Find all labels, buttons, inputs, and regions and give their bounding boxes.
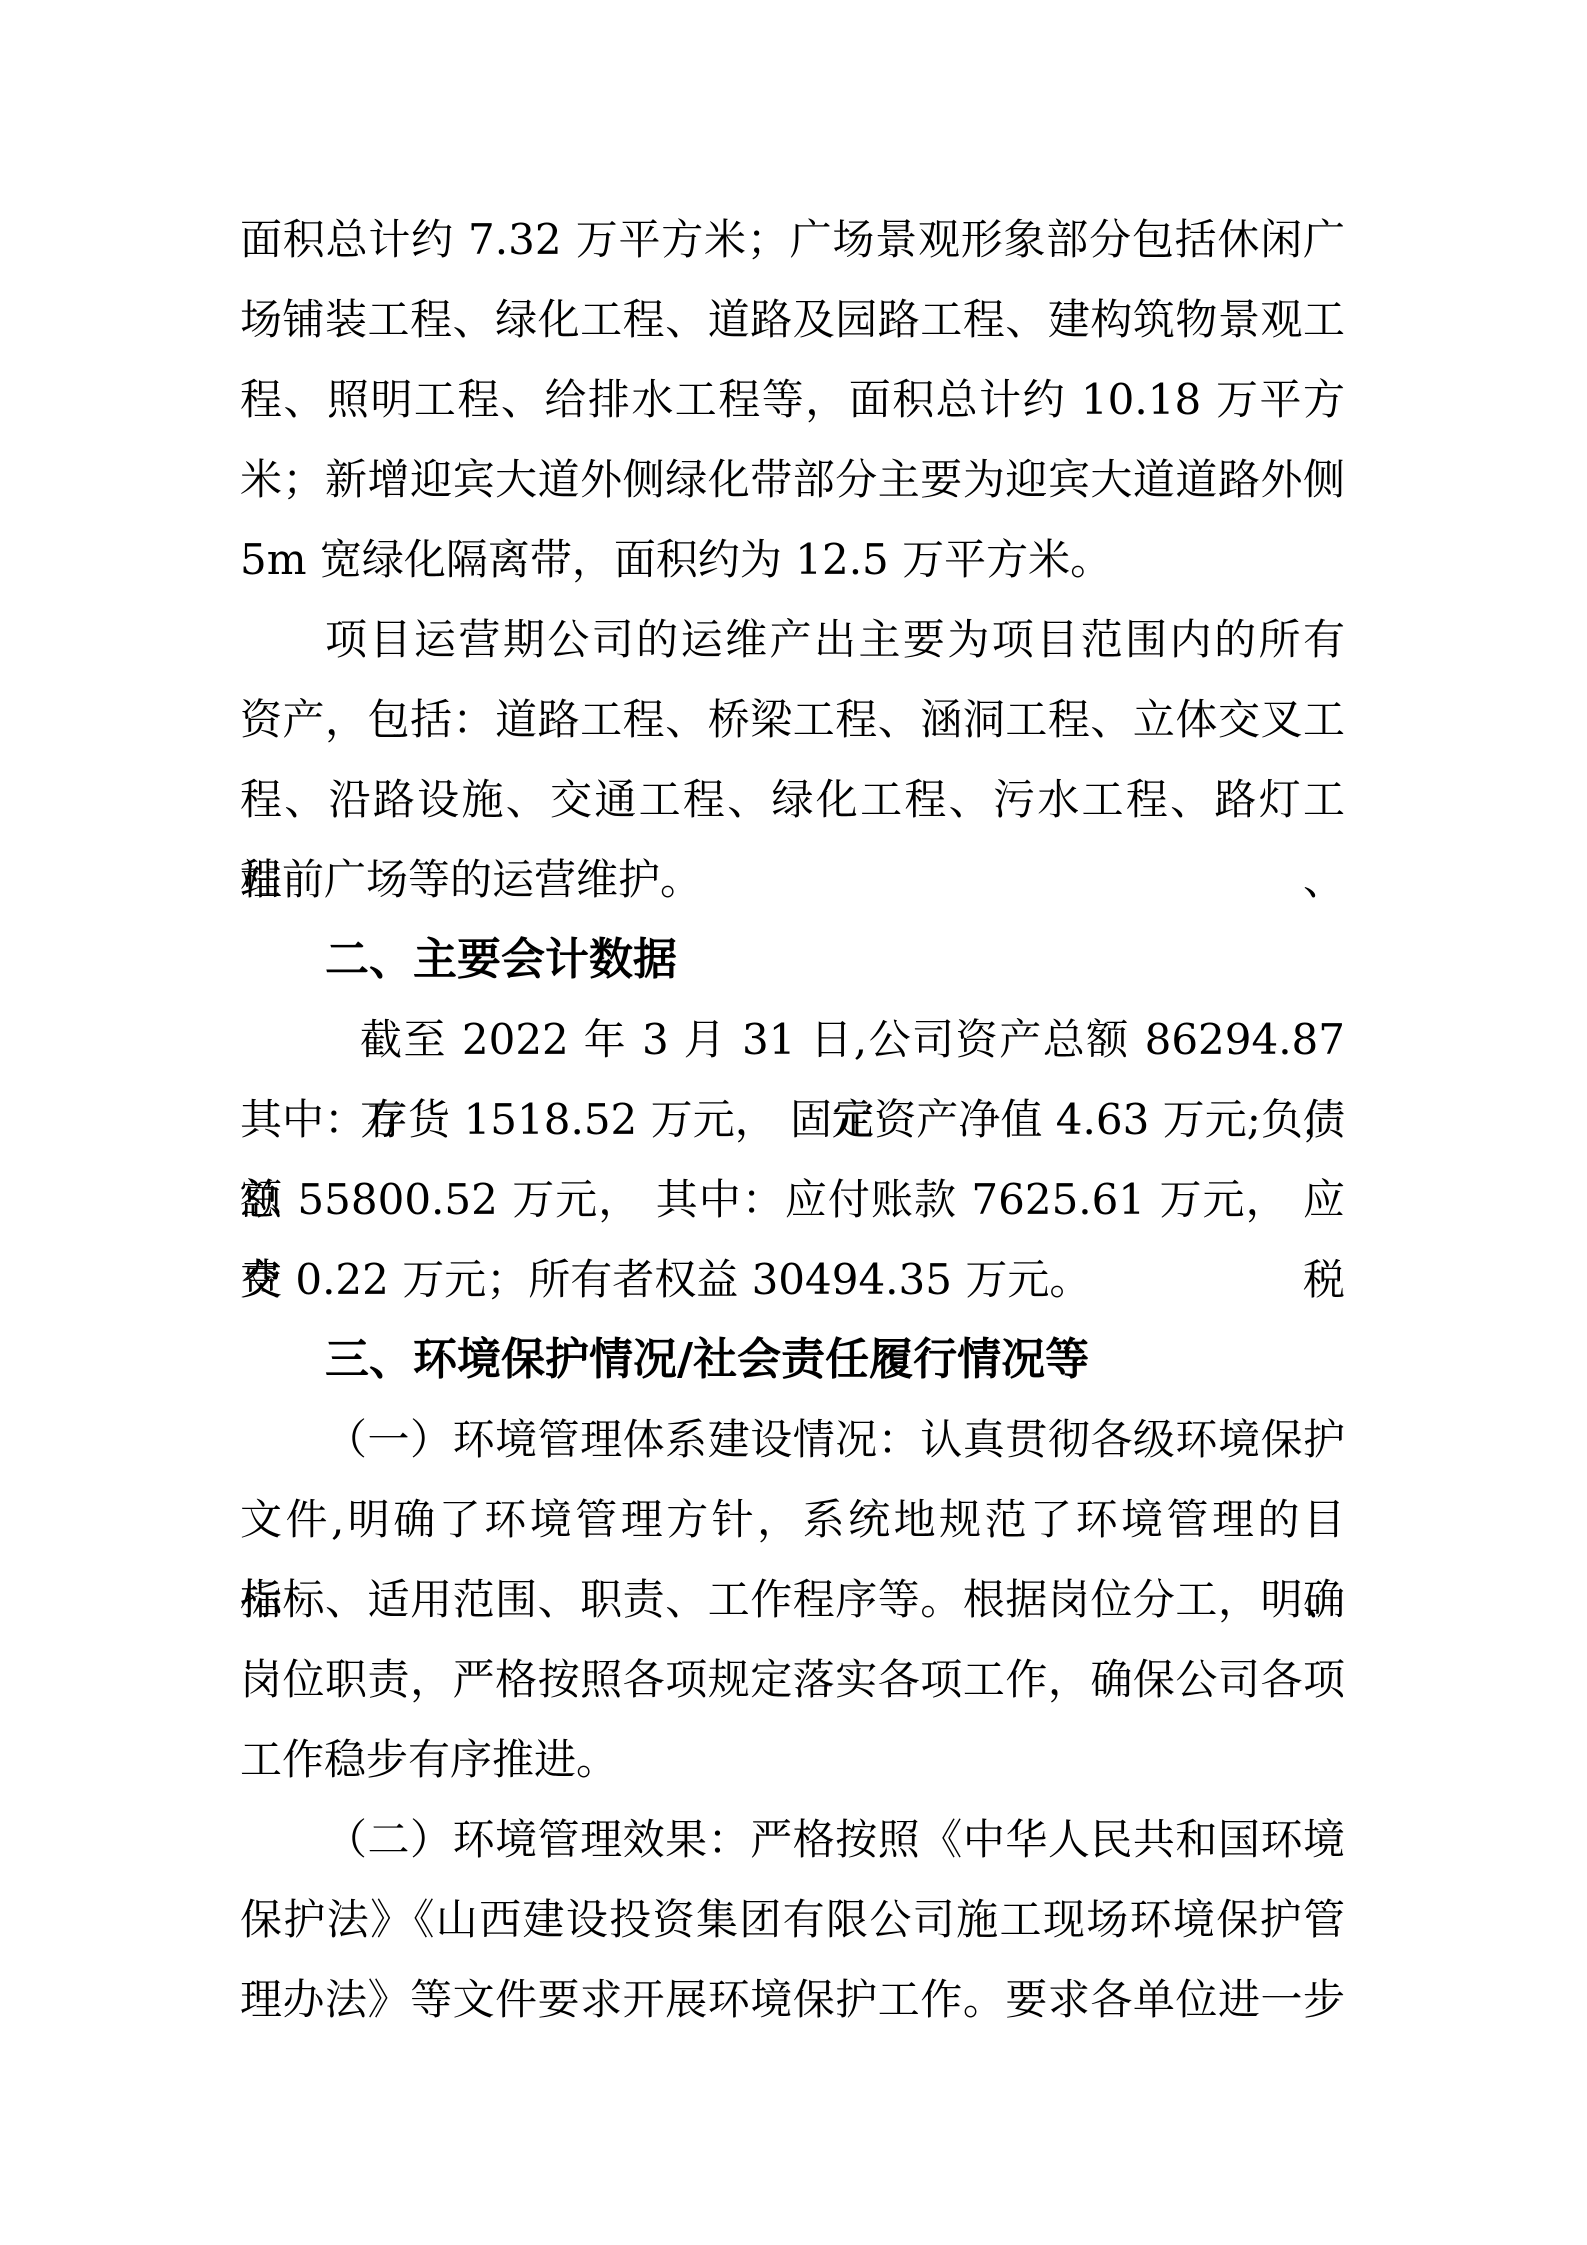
document-page: 面积总计约 7.32 万平方米；广场景观形象部分包括休闲广 场铺装工程、绿化工程… [0,0,1587,2245]
text-line: 程、照明工程、给排水工程等，面积总计约 10.18 万平方 [240,360,1345,440]
text-line: 面积总计约 7.32 万平方米；广场景观形象部分包括休闲广 [240,200,1345,280]
text-line: 场铺装工程、绿化工程、道路及园路工程、建构筑物景观工 [240,280,1345,360]
text-line: （一）环境管理体系建设情况：认真贯彻各级环境保护 [240,1400,1345,1480]
text-line: 资产，包括：道路工程、桥梁工程、涵洞工程、立体交叉工 [240,680,1345,760]
text-line: 理办法》等文件要求开展环境保护工作。要求各单位进一步 [240,1960,1345,2040]
text-line: （二）环境管理效果：严格按照《中华人民共和国环境 [240,1800,1345,1880]
text-line: 米；新增迎宾大道外侧绿化带部分主要为迎宾大道道路外侧 [240,440,1345,520]
text-line: 程、沿路设施、交通工程、绿化工程、污水工程、路灯工程、 [240,760,1345,840]
section-heading-accounting-data: 二、主要会计数据 [240,920,1345,1000]
text-line: 工作稳步有序推进。 [240,1720,1345,1800]
text-line: 截至 2022 年 3 月 31 日,公司资产总额 86294.87 万元， [240,1000,1345,1080]
text-line: 指标、适用范围、职责、工作程序等。根据岗位分工，明确 [240,1560,1345,1640]
section-heading-environment: 三、环境保护情况/社会责任履行情况等 [240,1320,1345,1400]
text-line: 文件,明确了环境管理方针，系统地规范了环境管理的目标、 [240,1480,1345,1560]
text-line: 其中：存货 1518.52 万元， 固定资产净值 4.63 万元;负债总 [240,1080,1345,1160]
text-line: 额 55800.52 万元， 其中：应付账款 7625.61 万元， 应交税 [240,1160,1345,1240]
text-line: 项目运营期公司的运维产出主要为项目范围内的所有 [240,600,1345,680]
text-line: 保护法》《山西建设投资集团有限公司施工现场环境保护管 [240,1880,1345,1960]
text-line: 5m 宽绿化隔离带，面积约为 12.5 万平方米。 [240,520,1345,600]
text-line: 岗位职责，严格按照各项规定落实各项工作，确保公司各项 [240,1640,1345,1720]
text-column: 面积总计约 7.32 万平方米；广场景观形象部分包括休闲广 场铺装工程、绿化工程… [240,200,1345,2040]
